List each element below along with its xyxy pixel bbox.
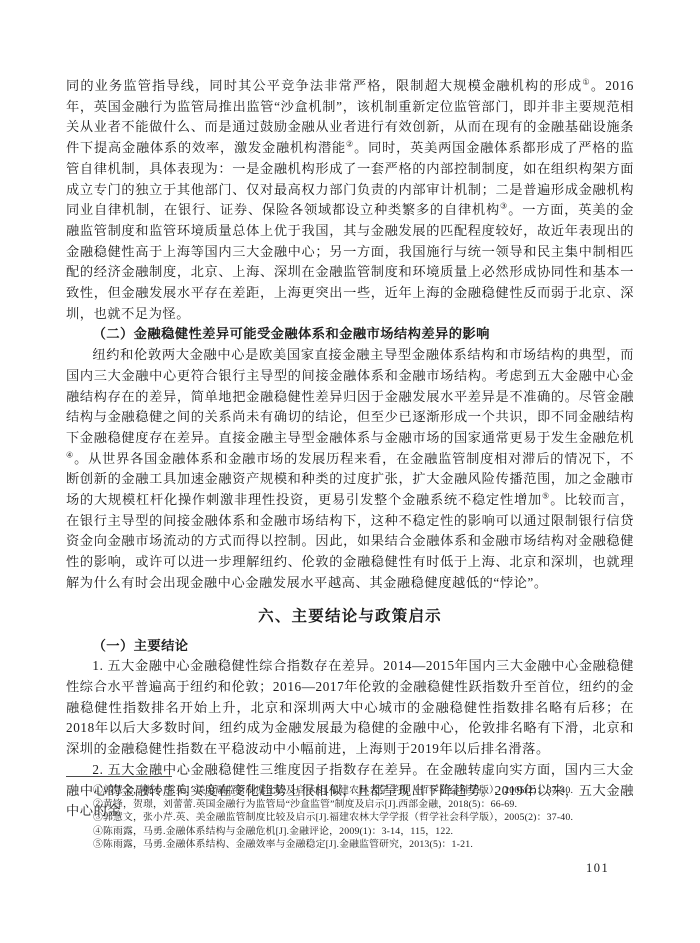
subsection-heading-main-conclusions: （一）主要结论 [66, 636, 634, 657]
paragraph-conclusion-1: 1. 五大金融中心金融稳健性综合指数存在差异。2014—2015年国内三大金融中… [66, 656, 634, 760]
footnote-divider [66, 776, 172, 777]
footnote-item: ③郭慧文，张小芹.英、美金融监管制度比较及启示[J].福建农林大学学报（哲学社会… [66, 811, 634, 825]
section-heading-conclusions: 六、主要结论与政策启示 [66, 606, 634, 628]
footnote-item: ④陈雨露，马勇.金融体系结构与金融危机[J].金融评论，2009(1)：3-14… [66, 825, 634, 839]
paragraph-continuation: 同的业务监管指导线，同时其公平竞争法非常严格，限制超大规模金融机构的形成①。20… [66, 76, 634, 324]
footnote-item: ⑤陈雨露，马勇.金融体系结构、金融效率与金融稳定[J].金融监管研究，2013(… [66, 838, 634, 852]
footnote-section: ①郭慧文，张小芹.英、美金融监管制度比较及启示[J].福建农林大学学报（哲学社会… [66, 776, 634, 852]
footnote-item: ①郭慧文，张小芹.英、美金融监管制度比较及启示[J].福建农林大学学报（哲学社会… [66, 784, 634, 798]
page-number: 101 [586, 861, 609, 876]
document-page: 同的业务监管指导线，同时其公平竞争法非常严格，限制超大规模金融机构的形成①。20… [0, 0, 700, 943]
paragraph-structure-influence: 纽约和伦敦两大金融中心是欧美国家直接金融主导型金融体系结构和市场结构的典型，而国… [66, 345, 634, 593]
subsection-heading-structure-influence: （二）金融稳健性差异可能受金融体系和金融市场结构差异的影响 [66, 324, 634, 345]
body-content: 同的业务监管指导线，同时其公平竞争法非常严格，限制超大规模金融机构的形成①。20… [66, 76, 634, 822]
footnote-item: ②黄锋，贺璟，刘蕾蕾.英国金融行为监管局“沙盒监管”制度及启示[J].西部金融，… [66, 798, 634, 812]
